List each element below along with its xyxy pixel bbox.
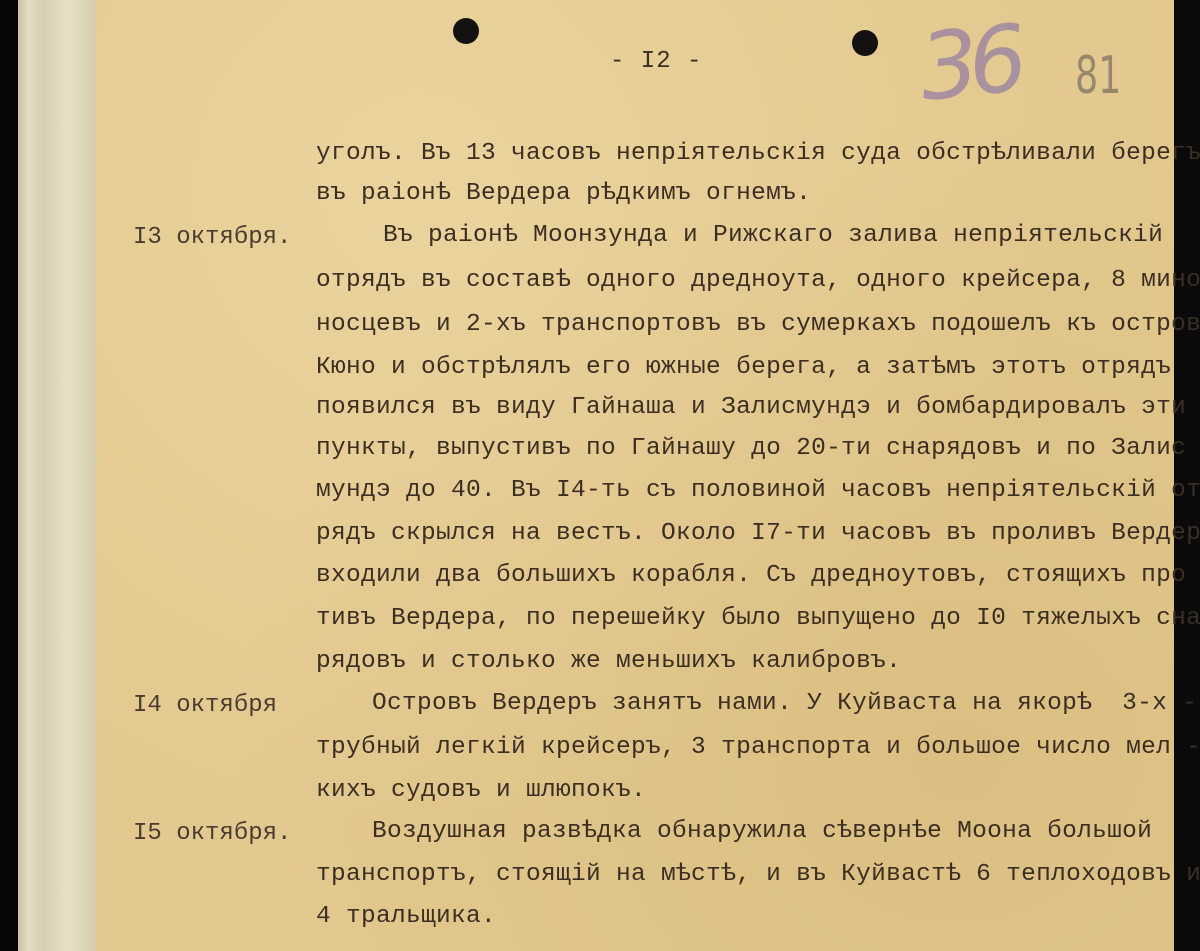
text-line: Въ раiонѣ Моонзунда и Рижскаго залива не… xyxy=(383,222,1163,249)
text-line: Кюно и обстрѣлялъ его южные берега, а за… xyxy=(316,354,1171,381)
text-line: кихъ судовъ и шлюпокъ. xyxy=(316,777,646,804)
text-line: 4 тральщика. xyxy=(316,903,496,930)
page-number: - I2 - xyxy=(610,48,702,75)
entry-date: I5 октября. xyxy=(133,820,291,847)
text-line: транспортъ, стоящiй на мѣстѣ, и въ Куйва… xyxy=(316,861,1200,888)
text-line: входили два большихъ корабля. Съ дредноу… xyxy=(316,562,1200,589)
archive-stamp-number: 36 xyxy=(915,5,1023,122)
entry-date: I3 октября. xyxy=(133,224,291,251)
archive-folio-number: 81 xyxy=(1075,46,1121,106)
text-line: мундэ до 40. Въ I4-ть съ половиной часов… xyxy=(316,477,1200,504)
text-line: рядъ скрылся на вестъ. Около I7-ти часов… xyxy=(316,520,1200,547)
text-line: трубный легкiй крейсеръ, 3 транспорта и … xyxy=(316,734,1200,761)
text-line: тивъ Вердера, по перешейку было выпущено… xyxy=(316,605,1200,632)
binding-strip xyxy=(18,0,45,951)
binding-strip xyxy=(44,0,98,951)
text-line: уголъ. Въ 13 часовъ непрiятельскiя суда … xyxy=(316,140,1200,167)
punch-hole xyxy=(453,18,479,44)
text-line: въ раiонѣ Вердера рѣдкимъ огнемъ. xyxy=(316,180,811,207)
text-line: пункты, выпустивъ по Гайнашу до 20-ти сн… xyxy=(316,435,1200,462)
punch-hole xyxy=(852,30,878,56)
text-line: рядовъ и столько же меньшихъ калибровъ. xyxy=(316,648,901,675)
text-line: Воздушная развѣдка обнаружила сѣвернѣе М… xyxy=(372,818,1152,845)
text-line: отрядъ въ составѣ одного дредноута, одно… xyxy=(316,267,1200,294)
binding-shadow xyxy=(0,0,20,951)
text-line: носцевъ и 2-хъ транспортовъ въ сумеркахъ… xyxy=(316,311,1200,338)
text-line: Островъ Вердеръ занятъ нами. У Куйваста … xyxy=(372,690,1197,717)
entry-date: I4 октября xyxy=(133,692,277,719)
text-line: появился въ виду Гайнаша и Залисмундэ и … xyxy=(316,394,1186,421)
